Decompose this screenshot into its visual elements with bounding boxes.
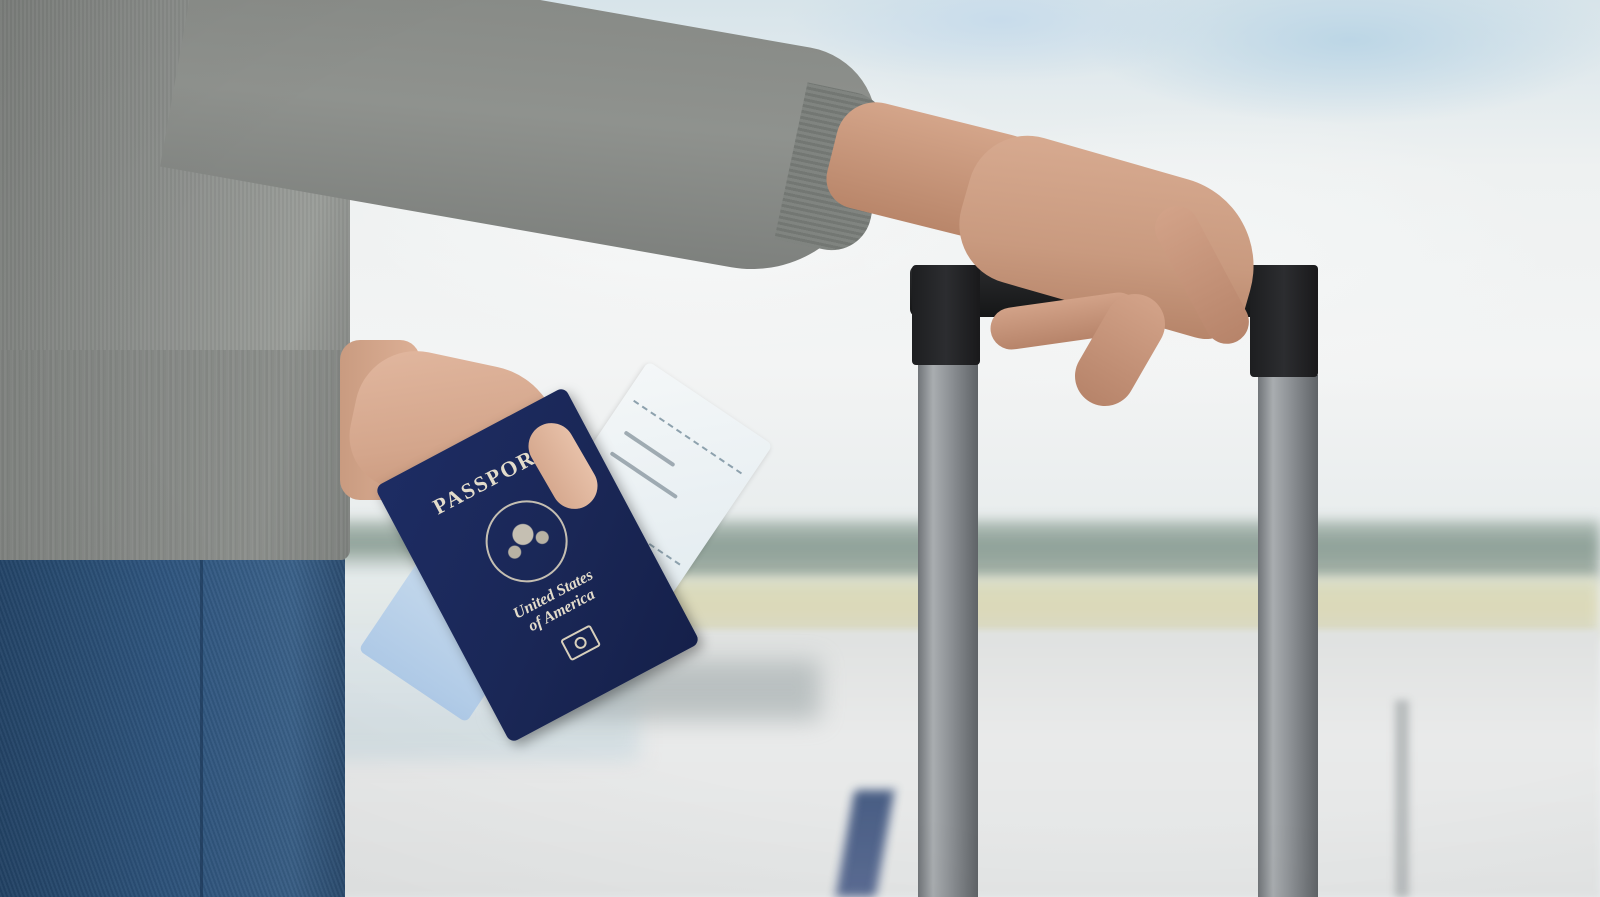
sweater-ribbed-hem xyxy=(0,350,345,560)
photo-scene: PASSPORT United States of America xyxy=(0,0,1600,897)
jeans xyxy=(0,545,345,897)
blurred-light-pole xyxy=(1395,700,1409,897)
suitcase-pole-right xyxy=(1258,375,1318,897)
passport-country-line2: of America xyxy=(463,552,661,668)
suitcase-handle-cap-right xyxy=(1250,265,1318,377)
suitcase-handle-cap-left xyxy=(912,265,980,365)
jeans-seam xyxy=(200,560,203,897)
suitcase-pole-left xyxy=(918,362,978,897)
biometric-chip-icon xyxy=(560,624,601,661)
boarding-pass-text-line xyxy=(624,430,676,467)
